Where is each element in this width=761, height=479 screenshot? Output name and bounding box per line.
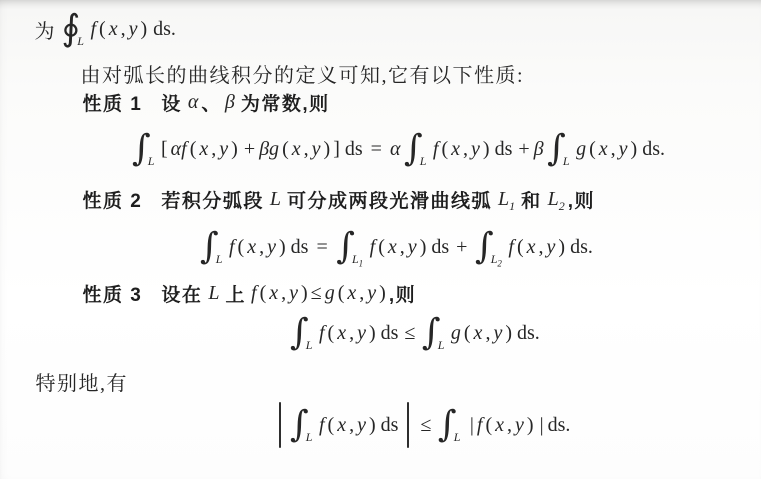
math-italic-text: y bbox=[357, 414, 366, 437]
math-italic-text: x bbox=[527, 236, 536, 259]
math-roman-text: ) bbox=[631, 138, 638, 161]
math-roman-text: ) bbox=[231, 138, 238, 161]
math-roman-text: ) bbox=[301, 282, 308, 305]
math-italic-text: β bbox=[225, 91, 235, 114]
math-italic-text: f bbox=[90, 18, 96, 41]
math-italic-text: L bbox=[208, 282, 219, 305]
math-italic-text: αf bbox=[171, 138, 187, 161]
integral-subscript: L2 bbox=[491, 252, 502, 267]
math-roman-text: ( bbox=[190, 138, 197, 161]
math-roman-text: ( bbox=[99, 18, 106, 41]
math-roman-text: = bbox=[316, 236, 327, 259]
math-italic-text: f bbox=[508, 236, 514, 259]
chinese-bold-text: 和 bbox=[521, 186, 542, 213]
intro-formula-line: 为∮Lf(x,y)ds. bbox=[33, 4, 177, 54]
math-italic-text: y bbox=[547, 236, 556, 259]
integral-subscript: L bbox=[454, 430, 461, 445]
math-roman-text: ) bbox=[420, 236, 427, 259]
chinese-bold-text: 可分成两段光滑曲线弧 bbox=[287, 186, 492, 213]
math-roman-text: ( bbox=[238, 236, 245, 259]
math-roman-text: ds bbox=[495, 138, 513, 161]
math-italic-text: x bbox=[292, 138, 301, 161]
property-1-formula: ∫L[αf(x,y)+βg(x,y)]ds=α∫Lf(x,y)ds+β∫Lg(x… bbox=[130, 122, 667, 176]
integral-symbol: ∫L bbox=[132, 132, 157, 166]
chinese-text: 特别地,有 bbox=[36, 367, 129, 396]
math-roman-text: [ bbox=[161, 138, 168, 161]
integral-subscript: L bbox=[77, 34, 84, 49]
math-italic-text: x bbox=[269, 282, 278, 305]
math-roman-text: ) bbox=[140, 18, 147, 41]
chinese-bold-text: 若积分弧段 bbox=[161, 186, 264, 213]
math-roman-text: ds. bbox=[642, 138, 665, 161]
math-roman-text: ≤ bbox=[404, 322, 415, 345]
integral-subscript: L bbox=[216, 252, 223, 267]
integral-subscript: L bbox=[420, 154, 427, 169]
integral-symbol: ∫L bbox=[547, 132, 572, 166]
math-italic-text: x bbox=[451, 138, 460, 161]
property-2-formula: ∫Lf(x,y)ds=∫L1f(x,y)ds+∫L2f(x,y)ds. bbox=[198, 220, 594, 274]
math-roman-text: ] bbox=[333, 138, 340, 161]
integral-symbol: ∫L bbox=[290, 408, 315, 442]
math-italic-text: g bbox=[451, 322, 461, 345]
math-roman-text: , bbox=[611, 138, 616, 161]
property-3-formula: ∫Lf(x,y)ds≤∫Lg(x,y)ds. bbox=[288, 308, 541, 358]
math-roman-text: ds. bbox=[548, 414, 571, 437]
math-roman-text: ( bbox=[328, 322, 335, 345]
chinese-bold-text: 设 bbox=[161, 89, 182, 116]
special-case-formula: ∫Lf(x,y)ds≤∫L|f(x,y)|ds. bbox=[272, 396, 572, 454]
math-italic-text: y bbox=[471, 138, 480, 161]
property-1-heading: 性质 1设α、β为常数,则 bbox=[81, 86, 331, 118]
math-italic-text: y bbox=[515, 414, 524, 437]
math-roman-text: , bbox=[281, 282, 286, 305]
math-italic-text: L2 bbox=[548, 188, 565, 211]
chinese-bold-text: 设在 bbox=[161, 280, 202, 307]
math-italic-text: y bbox=[129, 18, 138, 41]
math-italic-text: f bbox=[477, 414, 483, 437]
math-italic-text: y bbox=[357, 322, 366, 345]
integral-subscript: L bbox=[306, 338, 313, 353]
math-roman-text: + bbox=[244, 138, 255, 161]
math-italic-text: x bbox=[474, 322, 483, 345]
chinese-text: 由对弧长的曲线积分的定义可知,它有以下性质: bbox=[81, 59, 525, 88]
math-roman-text: ) bbox=[324, 138, 331, 161]
chinese-bold-text: ,则 bbox=[568, 186, 595, 213]
math-roman-text: , bbox=[507, 414, 512, 437]
chinese-bold-text: 为常数,则 bbox=[241, 89, 330, 116]
math-italic-text: y bbox=[408, 236, 417, 259]
math-roman-text: ( bbox=[485, 414, 492, 437]
math-roman-text: , bbox=[400, 236, 405, 259]
math-roman-text: ) bbox=[527, 414, 534, 437]
integral-subscript: L bbox=[563, 154, 570, 169]
integral-subscript: L bbox=[438, 338, 445, 353]
math-roman-text: , bbox=[211, 138, 216, 161]
math-italic-text: x bbox=[337, 322, 346, 345]
math-roman-text: ds. bbox=[570, 236, 593, 259]
math-italic-text: x bbox=[599, 138, 608, 161]
math-roman-text: ) bbox=[558, 236, 565, 259]
integral-subscript: L1 bbox=[352, 252, 363, 267]
math-roman-text: = bbox=[371, 138, 382, 161]
math-roman-text: + bbox=[456, 236, 467, 259]
integral-subscript: L bbox=[306, 430, 313, 445]
math-roman-text: , bbox=[349, 414, 354, 437]
math-italic-text: f bbox=[229, 236, 235, 259]
math-roman-text: ) bbox=[505, 322, 512, 345]
math-italic-text: x bbox=[247, 236, 256, 259]
math-italic-text: L1 bbox=[498, 188, 515, 211]
math-roman-text: ds bbox=[431, 236, 449, 259]
math-roman-text: ( bbox=[378, 236, 385, 259]
integral-symbol: ∫L bbox=[200, 230, 225, 264]
math-roman-text: ( bbox=[282, 138, 289, 161]
math-roman-text: ( bbox=[260, 282, 267, 305]
math-italic-text: f bbox=[370, 236, 376, 259]
math-roman-text: ) bbox=[379, 282, 386, 305]
math-roman-text: ds bbox=[291, 236, 309, 259]
math-italic-text: x bbox=[337, 414, 346, 437]
integral-symbol: ∫L bbox=[422, 316, 447, 350]
math-roman-text: , bbox=[259, 236, 264, 259]
chinese-bold-text: ,则 bbox=[389, 280, 416, 307]
property-2-heading: 性质 2若积分弧段L可分成两段光滑曲线弧L1和L2,则 bbox=[81, 182, 597, 216]
math-roman-text: , bbox=[304, 138, 309, 161]
absolute-value-bar bbox=[279, 402, 281, 448]
integral-symbol: ∫L1 bbox=[336, 230, 366, 264]
math-roman-text: ) bbox=[369, 414, 376, 437]
math-roman-text: , bbox=[349, 322, 354, 345]
math-italic-text: y bbox=[267, 236, 276, 259]
math-roman-text: , bbox=[463, 138, 468, 161]
math-roman-text: ) bbox=[279, 236, 286, 259]
chinese-bold-text: 、 bbox=[201, 89, 222, 116]
math-italic-text: y bbox=[367, 282, 376, 305]
math-italic-text: α bbox=[188, 91, 199, 114]
math-italic-text: x bbox=[388, 236, 397, 259]
integral-symbol: ∫L bbox=[438, 408, 463, 442]
math-roman-text: ) bbox=[483, 138, 490, 161]
math-italic-text: α bbox=[390, 138, 401, 161]
math-italic-text: x bbox=[495, 414, 504, 437]
math-italic-text: x bbox=[109, 18, 118, 41]
math-roman-text: , bbox=[359, 282, 364, 305]
integral-symbol: ∫L bbox=[290, 316, 315, 350]
integral-symbol: ∫L bbox=[404, 132, 429, 166]
chinese-bold-text: 性质 2 bbox=[83, 186, 143, 213]
math-italic-text: y bbox=[619, 138, 628, 161]
math-roman-text: + bbox=[518, 138, 529, 161]
math-italic-text: g bbox=[325, 282, 335, 305]
math-roman-text: , bbox=[485, 322, 490, 345]
math-italic-text: x bbox=[199, 138, 208, 161]
math-roman-text: , bbox=[539, 236, 544, 259]
math-italic-text: x bbox=[347, 282, 356, 305]
math-italic-text: y bbox=[493, 322, 502, 345]
property-3-heading: 性质 3设在L上f(x,y)≤g(x,y),则 bbox=[81, 276, 418, 310]
math-italic-text: y bbox=[289, 282, 298, 305]
math-italic-text: f bbox=[433, 138, 439, 161]
math-roman-text: | bbox=[540, 414, 544, 437]
math-roman-text: ds bbox=[381, 322, 399, 345]
math-roman-text: ( bbox=[464, 322, 471, 345]
integral-subscript: L bbox=[148, 154, 155, 169]
math-italic-text: g bbox=[576, 138, 586, 161]
math-italic-text: y bbox=[312, 138, 321, 161]
math-roman-text: ds. bbox=[517, 322, 540, 345]
math-roman-text: ) bbox=[369, 322, 376, 345]
math-roman-text: ( bbox=[517, 236, 524, 259]
math-italic-text: f bbox=[319, 414, 325, 437]
special-case-text: 特别地,有 bbox=[34, 366, 130, 396]
math-roman-text: ( bbox=[441, 138, 448, 161]
math-roman-text: ( bbox=[589, 138, 596, 161]
math-italic-text: y bbox=[219, 138, 228, 161]
chinese-bold-text: 性质 1 bbox=[83, 89, 143, 116]
math-roman-text: ds bbox=[345, 138, 363, 161]
math-roman-text: ≤ bbox=[420, 414, 431, 437]
math-roman-text: | bbox=[470, 414, 474, 437]
math-roman-text: ( bbox=[338, 282, 345, 305]
chinese-bold-text: 上 bbox=[226, 280, 247, 307]
math-roman-text: ( bbox=[328, 414, 335, 437]
math-roman-text: ds. bbox=[153, 18, 176, 41]
integral-symbol: ∫L2 bbox=[475, 230, 505, 264]
math-roman-text: ≤ bbox=[311, 282, 322, 305]
chinese-bold-text: 性质 3 bbox=[83, 280, 143, 307]
math-italic-text: β bbox=[534, 138, 544, 161]
math-italic-text: f bbox=[319, 322, 325, 345]
math-italic-text: βg bbox=[259, 138, 279, 161]
math-roman-text: , bbox=[121, 18, 126, 41]
math-italic-text: f bbox=[251, 282, 257, 305]
math-roman-text: ds bbox=[381, 414, 399, 437]
textbook-page: 为∮Lf(x,y)ds. 由对弧长的曲线积分的定义可知,它有以下性质: 性质 1… bbox=[0, 0, 761, 479]
intro-text: 由对弧长的曲线积分的定义可知,它有以下性质: bbox=[79, 58, 526, 88]
chinese-text: 为 bbox=[35, 15, 57, 44]
math-italic-text: L bbox=[270, 188, 281, 211]
contour-integral-symbol: ∮L bbox=[62, 12, 87, 46]
absolute-value-bar bbox=[407, 402, 409, 448]
